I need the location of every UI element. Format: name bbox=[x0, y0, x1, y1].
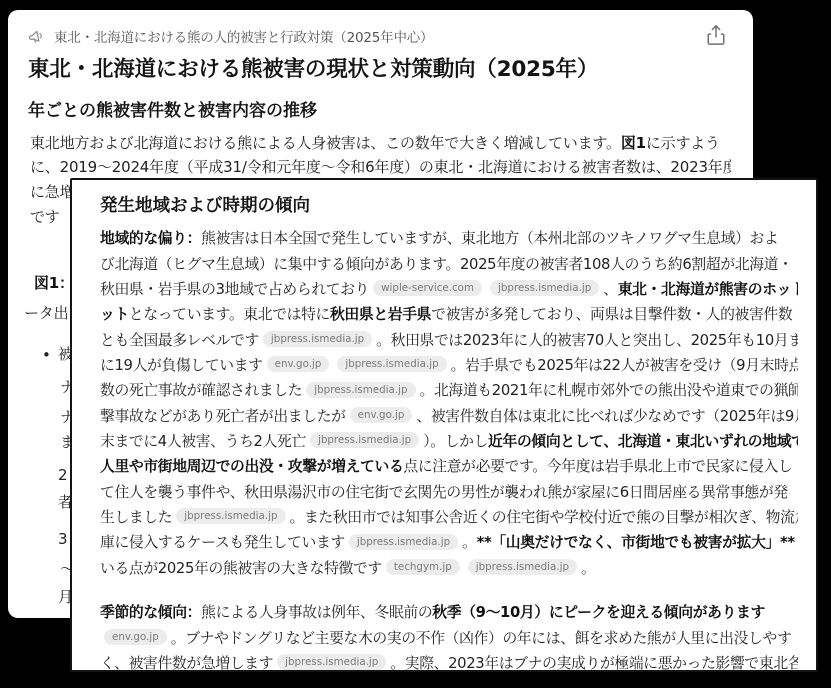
text-run: **「山奥だけでなく、市街地でも被害が拡大」** bbox=[477, 531, 795, 552]
text-line: 地域的な偏り： 熊被害は日本全国で発生していますが、東北地方（本州北部のツキノワ… bbox=[100, 225, 798, 250]
regional-trend-paragraph: 地域的な偏り： 熊被害は日本全国で発生していますが、東北地方（本州北部のツキノワ… bbox=[100, 225, 798, 580]
text-run: 数の死亡事故が確認されました bbox=[100, 379, 302, 400]
text-line: に、2019〜2024年度（平成31/令和元年度〜令和6年度）の東北・北海道にお… bbox=[30, 155, 731, 180]
citation-chip[interactable]: wiple-service.com bbox=[373, 280, 482, 296]
text-run: 末までに4人被害、うち2人死亡 bbox=[100, 430, 306, 451]
text-run: 。北海道も2021年に札幌市郊外での熊出没や道東での猟師襲 bbox=[420, 379, 798, 400]
text-line: て住人を襲う事件や、秋田県湯沢市の住宅街で玄関先の男性が襲われ熊が家屋に6日間居… bbox=[100, 478, 798, 503]
citation-chip[interactable]: jbpress.ismedia.jp bbox=[468, 559, 577, 575]
text-line: 数の死亡事故が確認されましたjbpress.ismedia.jp。北海道も202… bbox=[100, 377, 798, 402]
text-line: 東北地方および北海道における熊による人身被害は、この数年で大きく増減しています。… bbox=[30, 130, 731, 155]
text-run: 東北・北海道が熊害のホットスポ bbox=[618, 278, 798, 299]
text-line: env.go.jp。ブナやドングリなど主要な木の実の不作（凶作）の年には、餌を求… bbox=[100, 624, 798, 649]
text-run: 撃事故などがあり死亡者が出ましたが bbox=[100, 405, 346, 426]
citation-chip[interactable]: env.go.jp bbox=[104, 629, 167, 645]
clipped-text-fragment: • bbox=[42, 346, 51, 364]
text-run: 地域的な偏り： bbox=[100, 227, 201, 248]
text-run: 。 bbox=[581, 557, 595, 578]
text-run: 季節的な傾向： bbox=[100, 601, 201, 622]
citation-chip[interactable]: jbpress.ismedia.jp bbox=[349, 534, 458, 550]
text-line: 庫に侵入するケースも発生していますjbpress.ismedia.jp。**「山… bbox=[100, 529, 798, 554]
text-line: 生しましたjbpress.ismedia.jp。また秋田市では知事公舎近くの住宅… bbox=[100, 504, 798, 529]
document-title: 東北・北海道における熊の人的被害と行政対策（2025年中心） bbox=[54, 26, 433, 46]
citation-chip[interactable]: jbpress.ismedia.jp bbox=[490, 280, 599, 296]
text-run: いる点が2025年の熊被害の大きな特徴です bbox=[100, 557, 382, 578]
text-run: く、被害件数が急増します bbox=[100, 652, 273, 672]
citation-chip[interactable]: env.go.jp bbox=[350, 407, 413, 423]
page-title: 東北・北海道における熊被害の現状と対策動向（2025年） bbox=[28, 52, 733, 83]
clipped-text-fragment: 図1： bbox=[34, 272, 74, 293]
text-run: 近年の傾向として、北海道・東北いずれの地域でも bbox=[488, 430, 798, 451]
text-run: 図1 bbox=[621, 132, 646, 153]
clipped-text-fragment: 3 bbox=[58, 530, 67, 548]
citation-chip[interactable]: jbpress.ismedia.jp bbox=[306, 382, 415, 398]
text-run: 、 bbox=[603, 278, 617, 299]
text-run: 生しました bbox=[100, 506, 172, 527]
citation-chip[interactable]: jbpress.ismedia.jp bbox=[310, 432, 419, 448]
text-run: 東北地方および北海道における熊による人身被害は、この数年で大きく増減しています。 bbox=[30, 132, 621, 153]
text-run: 人里や市街地周辺での出没・攻撃が増えている bbox=[100, 455, 403, 476]
text-run: 。また秋田市では知事公舎近くの住宅街や学校付近で熊の目撃が相次ぎ、物流倉 bbox=[290, 506, 799, 527]
citation-chip[interactable]: jbpress.ismedia.jp bbox=[263, 331, 372, 347]
citation-chip[interactable]: techgym.jp bbox=[386, 559, 460, 575]
text-run: 。実際、2023年はブナの実成りが極端に悪かった影響で東北各地 bbox=[390, 652, 798, 672]
citation-chip[interactable]: jbpress.ismedia.jp bbox=[277, 654, 386, 670]
text-line: 秋田県・岩手県の3地域で占められておりwiple-service.comjbpr… bbox=[100, 276, 798, 301]
text-run: 。岩手県でも2025年は22人が被害を受け（9月末時点）、複 bbox=[451, 354, 798, 375]
text-run: に、2019〜2024年度（平成31/令和元年度〜令和6年度）の東北・北海道にお… bbox=[30, 156, 731, 177]
text-run: 熊による人身事故は例年、冬眠前の bbox=[201, 601, 432, 622]
clipped-text-fragment: ータ出 bbox=[24, 302, 68, 323]
text-run: となっています。東北では特に bbox=[129, 303, 330, 324]
text-run: び北海道（ヒグマ生息域）に集中する傾向があります。2025年度の被害者108人の… bbox=[100, 253, 793, 274]
document-header: 東北・北海道における熊の人的被害と行政対策（2025年中心） bbox=[28, 26, 693, 46]
text-run: に19人が負傷しています bbox=[100, 354, 263, 375]
overlay-heading: 発生地域および時期の傾向 bbox=[100, 192, 310, 217]
clipped-text-fragment: 2 bbox=[58, 466, 67, 484]
text-line: ットとなっています。東北では特に秋田県と岩手県で被害が多発しており、両県は目撃件… bbox=[100, 301, 798, 326]
share-button[interactable] bbox=[705, 23, 727, 47]
text-run: で被害が多発しており、両県は目撃件数・人的被害件数 bbox=[431, 303, 792, 324]
text-line: に19人が負傷していますenv.go.jpjbpress.ismedia.jp。… bbox=[100, 352, 798, 377]
text-run: に急増 bbox=[30, 181, 74, 202]
text-line: く、被害件数が急増しますjbpress.ismedia.jp。実際、2023年は… bbox=[100, 650, 798, 672]
text-line: び北海道（ヒグマ生息域）に集中する傾向があります。2025年度の被害者108人の… bbox=[100, 250, 798, 275]
text-line: 撃事故などがあり死亡者が出ましたがenv.go.jp、被害件数自体は東北に比べれ… bbox=[100, 402, 798, 427]
text-run: ）。しかし bbox=[423, 430, 488, 451]
text-run: 熊被害は日本全国で発生していますが、東北地方（本州北部のツキノワグマ生息域）およ bbox=[201, 227, 778, 248]
text-run: して bbox=[795, 531, 798, 552]
seasonal-trend-paragraph: 季節的な傾向： 熊による人身事故は例年、冬眠前の秋季（9〜10月）にピークを迎え… bbox=[100, 599, 798, 672]
text-line: 人里や市街地周辺での出没・攻撃が増えている点に注意が必要です。今年度は岩手県北上… bbox=[100, 453, 798, 478]
text-run: 秋季（9〜10月）にピークを迎える傾向があります bbox=[432, 601, 765, 622]
megaphone-icon bbox=[28, 26, 47, 46]
text-run: ット bbox=[100, 303, 129, 324]
section-title: 年ごとの熊被害件数と被害内容の推移 bbox=[28, 96, 733, 121]
text-line: いる点が2025年の熊被害の大きな特徴ですtechgym.jpjbpress.i… bbox=[100, 554, 798, 579]
text-run: とも全国最多レベルです bbox=[100, 329, 259, 350]
text-run: 点に注意が必要です。今年度は岩手県北上市で民家に侵入し bbox=[403, 455, 792, 476]
text-run: 秋田県と岩手県 bbox=[330, 303, 431, 324]
text-line: 季節的な傾向： 熊による人身事故は例年、冬眠前の秋季（9〜10月）にピークを迎え… bbox=[100, 599, 798, 624]
text-run: 。秋田県では2023年に人的被害70人と突出し、2025年も10月まで bbox=[376, 329, 798, 350]
text-run: 庫に侵入するケースも発生しています bbox=[100, 531, 345, 552]
citation-chip[interactable]: jbpress.ismedia.jp bbox=[337, 356, 446, 372]
text-run: 。ブナやドングリなど主要な木の実の不作（凶作）の年には、餌を求めた熊が人里に出没… bbox=[171, 627, 792, 648]
text-run: 。 bbox=[462, 531, 476, 552]
text-line: 末までに4人被害、うち2人死亡jbpress.ismedia.jp）。しかし近年… bbox=[100, 428, 798, 453]
text-run: です bbox=[30, 206, 60, 227]
text-run: 秋田県・岩手県の3地域で占められており bbox=[100, 278, 369, 299]
citation-chip[interactable]: jbpress.ismedia.jp bbox=[176, 508, 285, 524]
text-run: 、被害件数自体は東北に比べれば少なめです（2025年は9月 bbox=[416, 405, 798, 426]
text-line: とも全国最多レベルですjbpress.ismedia.jp。秋田県では2023年… bbox=[100, 326, 798, 351]
citation-chip[interactable]: env.go.jp bbox=[267, 356, 330, 372]
screenshot-overlay: 発生地域および時期の傾向 地域的な偏り： 熊被害は日本全国で発生していますが、東… bbox=[70, 178, 818, 672]
text-run: に示すよう bbox=[646, 132, 720, 153]
text-run: て住人を襲う事件や、秋田県湯沢市の住宅街で玄関先の男性が襲われ熊が家屋に6日間居… bbox=[100, 481, 788, 502]
